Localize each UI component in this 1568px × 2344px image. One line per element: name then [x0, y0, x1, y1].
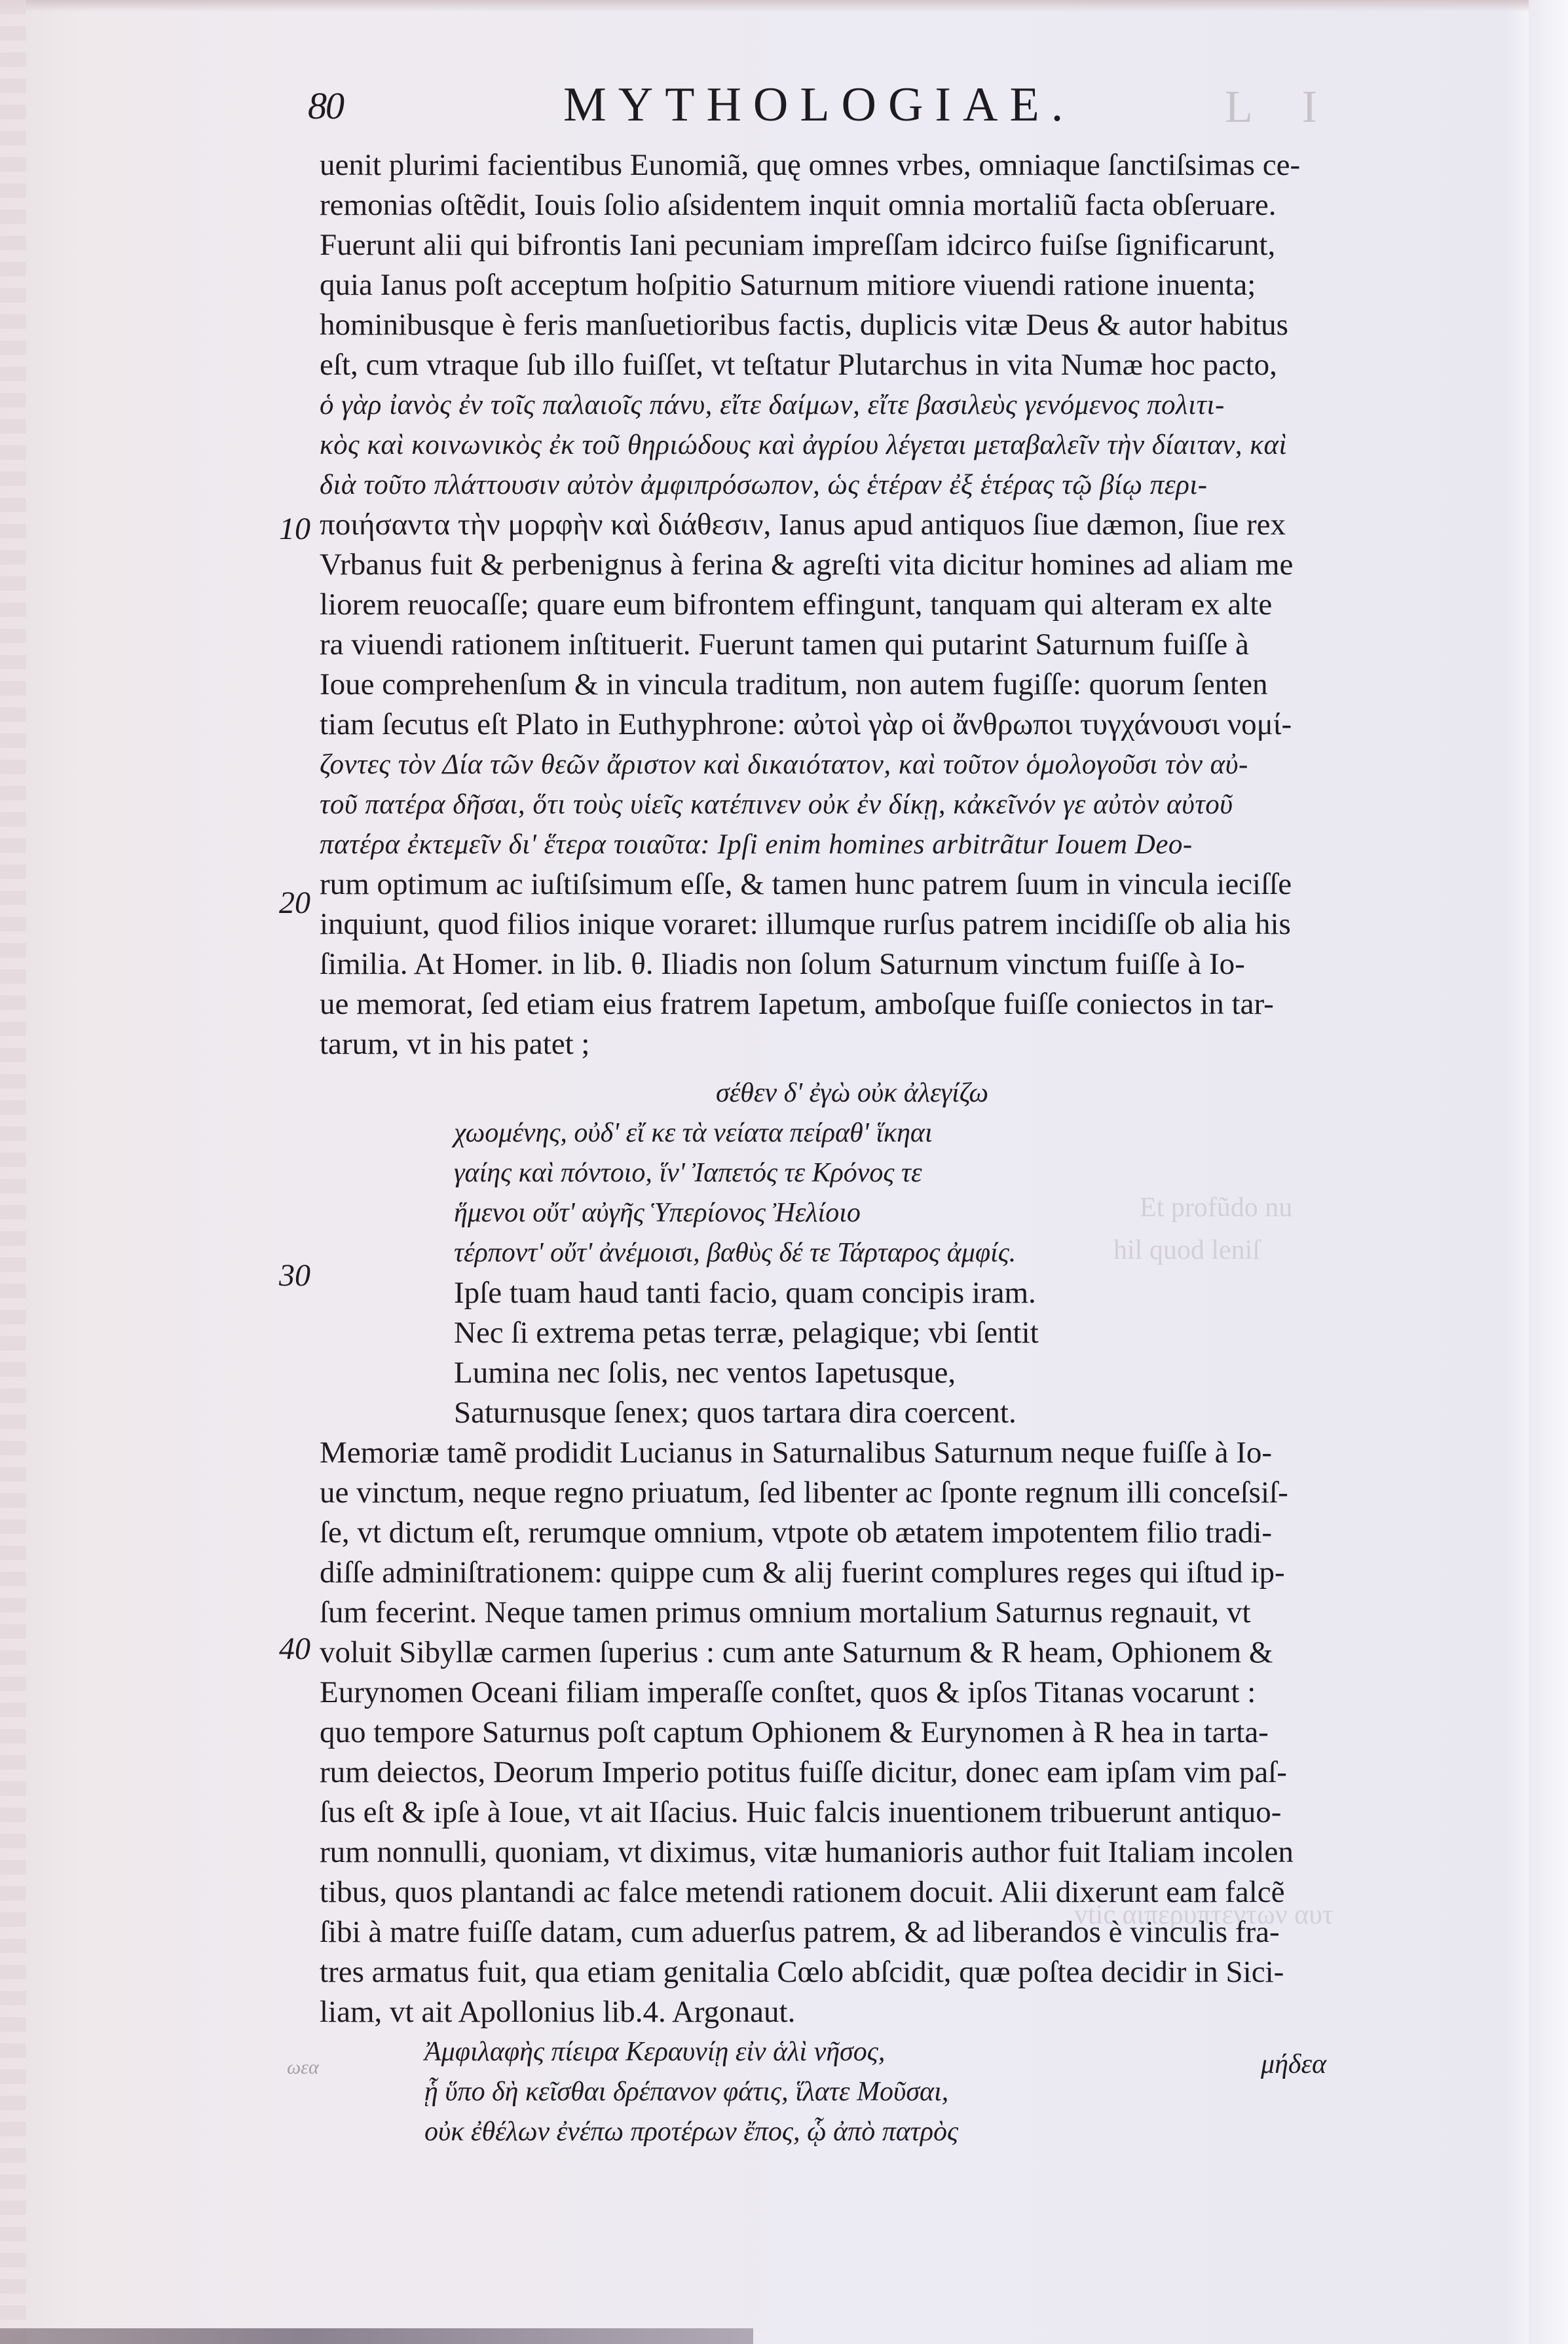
- text-line: remonias oſtẽdit, Iouis ſolio aſsidentem…: [320, 185, 1433, 225]
- greek-verse-line: σέθεν δ' ἐγὼ οὐκ ἀλεγίζω: [320, 1073, 1433, 1113]
- text-line: tiam ſecutus eſt Plato in Euthyphrone: α…: [320, 705, 1433, 745]
- greek-quotation-plutarch: ὁ γὰρ ἰανὸς ἐν τοῖς παλαιοῖς πάνυ, εἴτε …: [320, 385, 1433, 505]
- text-line: Ioue comprehenſum & in vincula traditum,…: [320, 665, 1433, 705]
- text-line: ſimilia. At Homer. in lib. θ. Iliadis no…: [320, 944, 1433, 984]
- text-line: diſſe adminiſtrationem: quippe cum & ali…: [320, 1553, 1433, 1593]
- text-line: ra viuendi rationem inſtituerit. Fuerunt…: [320, 625, 1433, 665]
- text-line: eſt, cum vtraque ſub illo fuiſſet, vt te…: [320, 345, 1433, 385]
- text-line: rum deiectos, Deorum Imperio potitus fui…: [320, 1753, 1433, 1793]
- text-line: ſibi à matre fuiſſe datam, cum aduerſus …: [320, 1912, 1433, 1952]
- prose-paragraph-2: ποιήσαντα τὴν μορφὴν καὶ διάθεσιν, Ianus…: [320, 505, 1433, 745]
- greek-text-line: πατέρα ἐκτεμεῖν δι' ἕτερα τοιαῦτα: Ipſi …: [320, 825, 1433, 865]
- text-line: ποιήσαντα τὴν μορφὴν καὶ διάθεσιν, Ianus…: [320, 505, 1433, 545]
- text-line: hominibusque è feris manſuetioribus fact…: [320, 305, 1433, 345]
- scanned-book-page: Et profũdo nu hil quod leniſ vtic αιπερυ…: [0, 0, 1568, 2344]
- greek-text-line: ὁ γὰρ ἰανὸς ἐν τοῖς παλαιοῖς πάνυ, εἴτε …: [320, 385, 1433, 425]
- margin-line-number: 30: [279, 1257, 310, 1293]
- greek-verse-line: οὐκ ἐθέλων ἐνέπω προτέρων ἔπος, ᾧ ἀπὸ πα…: [320, 2112, 1433, 2152]
- prose-paragraph-4: Memoriæ tamẽ prodidit Lucianus in Saturn…: [320, 1433, 1433, 2032]
- greek-verse-line: γαίης καὶ πόντοιο, ἵν' Ἰαπετός τε Κρόνος…: [320, 1153, 1433, 1193]
- running-head: 80 MYTHOLOGIAE. L I: [308, 77, 1421, 136]
- main-text-block: uenit plurimi facientibus Eunomiã, quę o…: [320, 145, 1433, 2152]
- text-line: rum nonnulli, quoniam, vt diximus, vitæ …: [320, 1832, 1433, 1872]
- text-line: rum optimum ac iuſtiſsimum eſſe, & tamen…: [320, 865, 1433, 904]
- latin-verse-line: Lumina nec ſolis, nec ventos Iapetusque,: [320, 1353, 1433, 1393]
- text-line: tibus, quos plantandi ac falce metendi r…: [320, 1872, 1433, 1912]
- running-title: MYTHOLOGIAE.: [563, 77, 1075, 133]
- page-top-shadow: [0, 0, 1568, 12]
- text-line: ue vinctum, neque regno priuatum, ſed li…: [320, 1473, 1433, 1513]
- greek-verse-line: χωομένης, οὐδ' εἴ κε τὰ νείατα πείραθ' ἵ…: [320, 1113, 1433, 1153]
- text-line: Fuerunt alii qui bifrontis Iani pecuniam…: [320, 225, 1433, 265]
- page-bottom-edge: [0, 2328, 753, 2344]
- text-line: Vrbanus fuit & perbenignus à ferina & ag…: [320, 545, 1433, 585]
- greek-verse-line: ἥμενοι οὔτ' αὐγῆς Ὑπερίονος Ἠελίοιο: [320, 1193, 1433, 1233]
- faint-signature-mark: ωεα: [287, 2056, 319, 2079]
- prose-paragraph-3: rum optimum ac iuſtiſsimum eſſe, & tamen…: [320, 865, 1433, 1064]
- text-line: voluit Sibyllæ carmen ſuperius : cum ant…: [320, 1633, 1433, 1673]
- text-line: tarum, vt in his patet ;: [320, 1024, 1433, 1064]
- greek-quotation-plato: ζοντες τὸν Δία τῶν θεῶν ἄριστον καὶ δικα…: [320, 745, 1433, 865]
- greek-text-line: κὸς καὶ κοινωνικὸς ἐκ τοῦ θηριώδους καὶ …: [320, 425, 1433, 465]
- margin-line-number: 10: [279, 511, 310, 547]
- text-line: Eurynomen Oceani filiam imperaſſe conſte…: [320, 1673, 1433, 1713]
- text-line: quia Ianus poſt acceptum hoſpitio Saturn…: [320, 265, 1433, 305]
- latin-verse-line: Nec ſi extrema petas terræ, pelagique; v…: [320, 1313, 1433, 1353]
- text-line: quo tempore Saturnus poſt captum Ophione…: [320, 1713, 1433, 1753]
- latin-verse-line: Saturnusque ſenex; quos tartara dira coe…: [320, 1393, 1433, 1433]
- page-number: 80: [308, 84, 343, 128]
- greek-verse-homer: σέθεν δ' ἐγὼ οὐκ ἀλεγίζω χωομένης, οὐδ' …: [320, 1073, 1433, 1273]
- page-fore-edge: [1529, 0, 1568, 2344]
- text-line: ue memorat, ſed etiam eius fratrem Iapet…: [320, 984, 1433, 1024]
- text-line: tres armatus fuit, qua etiam genitalia C…: [320, 1952, 1433, 1992]
- text-line: ſe, vt dictum eſt, rerumque omnium, vtpo…: [320, 1513, 1433, 1553]
- text-line: uenit plurimi facientibus Eunomiã, quę o…: [320, 145, 1433, 185]
- greek-text-line: διὰ τοῦτο πλάττουσιν αὐτὸν ἀμφιπρόσωπον,…: [320, 465, 1433, 505]
- bleed-through-title: L I: [1225, 81, 1337, 134]
- catchword: μήδεα: [1261, 2049, 1326, 2080]
- text-line: Memoriæ tamẽ prodidit Lucianus in Saturn…: [320, 1433, 1433, 1473]
- page-gutter-edge: [0, 0, 26, 2344]
- text-line: ſum fecerint. Neque tamen primus omnium …: [320, 1593, 1433, 1633]
- margin-line-number: 40: [279, 1631, 310, 1667]
- latin-verse-translation: Ipſe tuam haud tanti facio, quam concipi…: [320, 1273, 1433, 1433]
- greek-verse-line: τέρποντ' οὔτ' ἀνέμοισι, βαθὺς δέ τε Τάρτ…: [320, 1233, 1433, 1273]
- greek-text-line: τοῦ πατέρα δῆσαι, ὅτι τοὺς υἱεῖς κατέπιν…: [320, 785, 1433, 825]
- greek-text-line: ζοντες τὸν Δία τῶν θεῶν ἄριστον καὶ δικα…: [320, 745, 1433, 785]
- prose-paragraph-1: uenit plurimi facientibus Eunomiã, quę o…: [320, 145, 1433, 385]
- text-line: liorem reuocaſſe; quare eum bifrontem ef…: [320, 585, 1433, 625]
- text-line: ſus eſt & ipſe à Ioue, vt ait Iſacius. H…: [320, 1793, 1433, 1832]
- text-line: inquiunt, quod filios inique voraret: il…: [320, 904, 1433, 944]
- latin-verse-line: Ipſe tuam haud tanti facio, quam concipi…: [320, 1273, 1433, 1313]
- text-line: liam, vt ait Apollonius lib.4. Argonaut.: [320, 1992, 1433, 2032]
- margin-line-number: 20: [279, 885, 310, 921]
